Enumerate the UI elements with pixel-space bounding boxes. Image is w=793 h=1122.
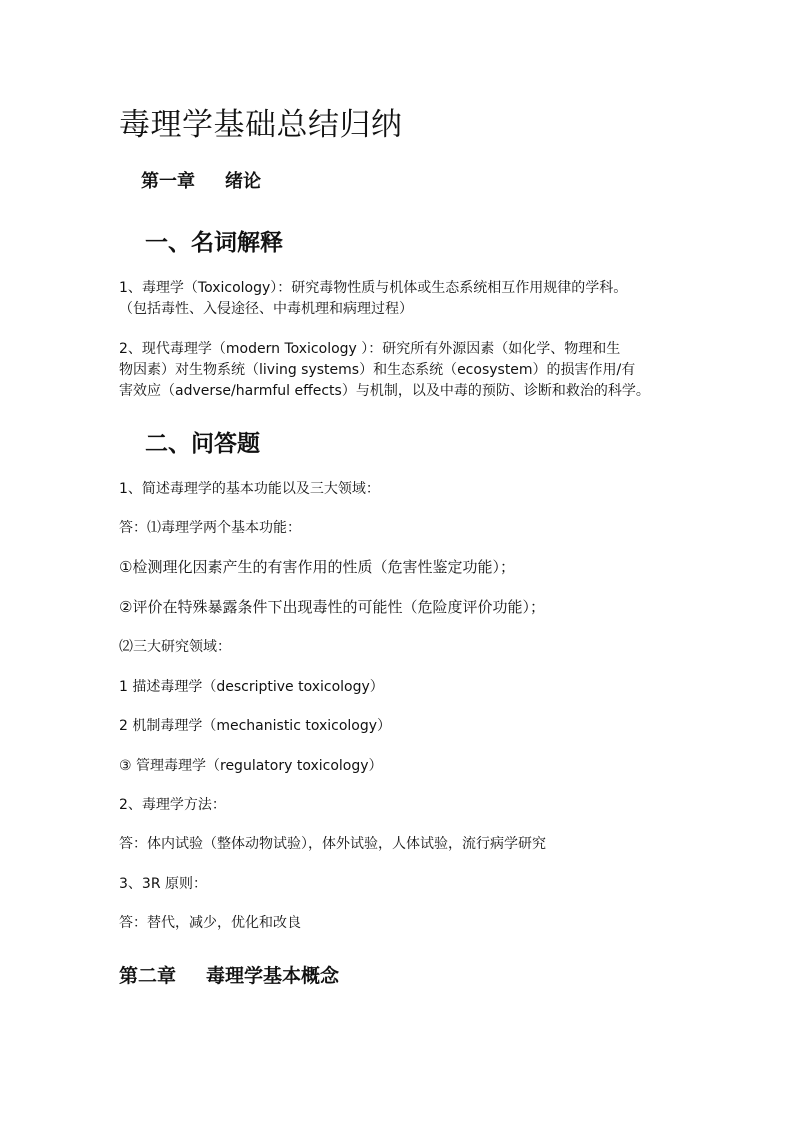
answer-1-field-2: 2 机制毒理学（mechanistic toxicology）: [119, 716, 391, 737]
answer-1-field-3: ③ 管理毒理学（regulatory toxicology）: [119, 756, 383, 777]
question-1: 1、简述毒理学的基本功能以及三大领域：: [119, 479, 380, 500]
section-heading-definitions: 一、名词解释: [145, 224, 283, 257]
answer-1-function-2: ②评价在特殊暴露条件下出现毒性的可能性（危险度评价功能）；: [119, 597, 545, 618]
definition-1-line-2: （包括毒性、入侵途径、中毒机理和病理过程）: [119, 299, 413, 320]
question-2: 2、毒理学方法：: [119, 795, 226, 816]
chapter-1-number: 第一章: [141, 171, 195, 192]
definition-2-line-2: 物因素）对生物系统（living systems）和生态系统（ecosystem…: [119, 360, 635, 381]
section-heading-qa: 二、问答题: [145, 425, 260, 458]
answer-1-intro: 答：⑴毒理学两个基本功能：: [119, 518, 301, 539]
answer-1-fields-intro: ⑵三大研究领域：: [119, 637, 231, 658]
chapter-2-number: 第二章: [119, 965, 176, 987]
document-title: 毒理学基础总结归纳: [119, 99, 403, 144]
answer-2: 答：体内试验（整体动物试验），体外试验，人体试验，流行病学研究: [119, 834, 546, 855]
question-3: 3、3R 原则：: [119, 874, 207, 895]
chapter-1-heading: 第一章绪论: [141, 167, 261, 193]
answer-3: 答：替代，减少，优化和改良: [119, 913, 301, 934]
answer-1-function-1: ①检测理化因素产生的有害作用的性质（危害性鉴定功能）；: [119, 557, 515, 578]
chapter-2-heading: 第二章毒理学基本概念: [119, 961, 339, 988]
answer-1-field-1: 1 描述毒理学（descriptive toxicology）: [119, 677, 384, 698]
definition-2-line-1: 2、现代毒理学（modern Toxicology ）：研究所有外源因素（如化学…: [119, 339, 620, 360]
definition-2-line-3: 害效应（adverse/harmful effects）与机制，以及中毒的预防、…: [119, 381, 650, 402]
chapter-1-name: 绪论: [225, 171, 261, 192]
chapter-2-name: 毒理学基本概念: [206, 965, 339, 987]
definition-1-line-1: 1、毒理学（Toxicology）：研究毒物性质与机体或生态系统相互作用规律的学…: [119, 278, 627, 299]
